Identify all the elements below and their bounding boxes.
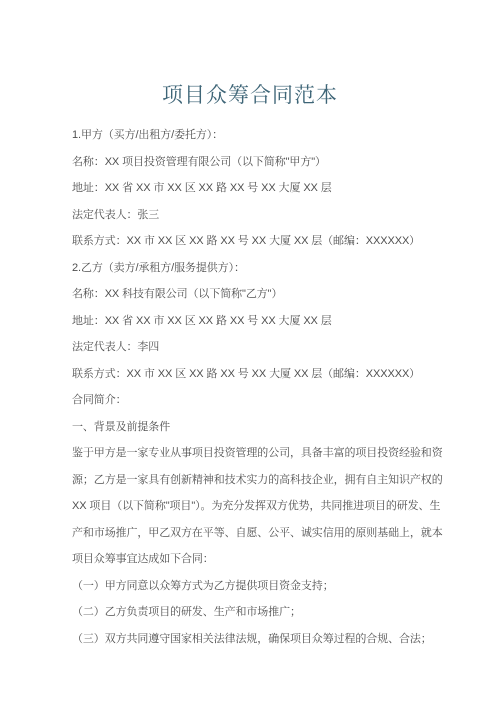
document-line: 地址：XX 省 XX 市 XX 区 XX 路 XX 号 XX 大厦 XX 层 <box>72 308 454 335</box>
document-line: 产和市场推广，甲乙双方在平等、自愿、公平、诚实信用的原则基础上，就本 <box>72 520 454 547</box>
document-line: 源；乙方是一家具有创新精神和技术实力的高科技企业，拥有自主知识产权的 <box>72 467 454 494</box>
document-line: 联系方式：XX 市 XX 区 XX 路 XX 号 XX 大厦 XX 层（邮编：X… <box>72 228 454 255</box>
document-body: 1.甲方（买方/出租方/委托方）：名称：XX 项目投资管理有限公司（以下简称"甲… <box>72 122 454 652</box>
document-line: 地址：XX 省 XX 市 XX 区 XX 路 XX 号 XX 大厦 XX 层 <box>72 175 454 202</box>
contract-document-page: 项目众筹合同范本 1.甲方（买方/出租方/委托方）：名称：XX 项目投资管理有限… <box>0 0 500 707</box>
document-line: 名称：XX 项目投资管理有限公司（以下简称"甲方"） <box>72 149 454 176</box>
document-line: （一）甲方同意以众筹方式为乙方提供项目资金支持； <box>72 573 454 600</box>
document-line: 鉴于甲方是一家专业从事项目投资管理的公司，具备丰富的项目投资经验和资 <box>72 440 454 467</box>
document-line: （三）双方共同遵守国家相关法律法规，确保项目众筹过程的合规、合法； <box>72 626 454 653</box>
document-line: 2.乙方（卖方/承租方/服务提供方）： <box>72 255 454 282</box>
document-line: 一、背景及前提条件 <box>72 414 454 441</box>
document-line: 项目众筹事宜达成如下合同： <box>72 546 454 573</box>
document-line: （二）乙方负责项目的研发、生产和市场推广； <box>72 599 454 626</box>
document-line: 1.甲方（买方/出租方/委托方）： <box>72 122 454 149</box>
document-line: XX 项目（以下简称"项目"）。为充分发挥双方优势，共同推进项目的研发、生 <box>72 493 454 520</box>
document-line: 法定代表人：张三 <box>72 202 454 229</box>
document-line: 法定代表人：李四 <box>72 334 454 361</box>
document-title: 项目众筹合同范本 <box>0 0 500 110</box>
document-line: 名称：XX 科技有限公司（以下简称"乙方"） <box>72 281 454 308</box>
document-line: 合同简介： <box>72 387 454 414</box>
document-line: 联系方式：XX 市 XX 区 XX 路 XX 号 XX 大厦 XX 层（邮编：X… <box>72 361 454 388</box>
